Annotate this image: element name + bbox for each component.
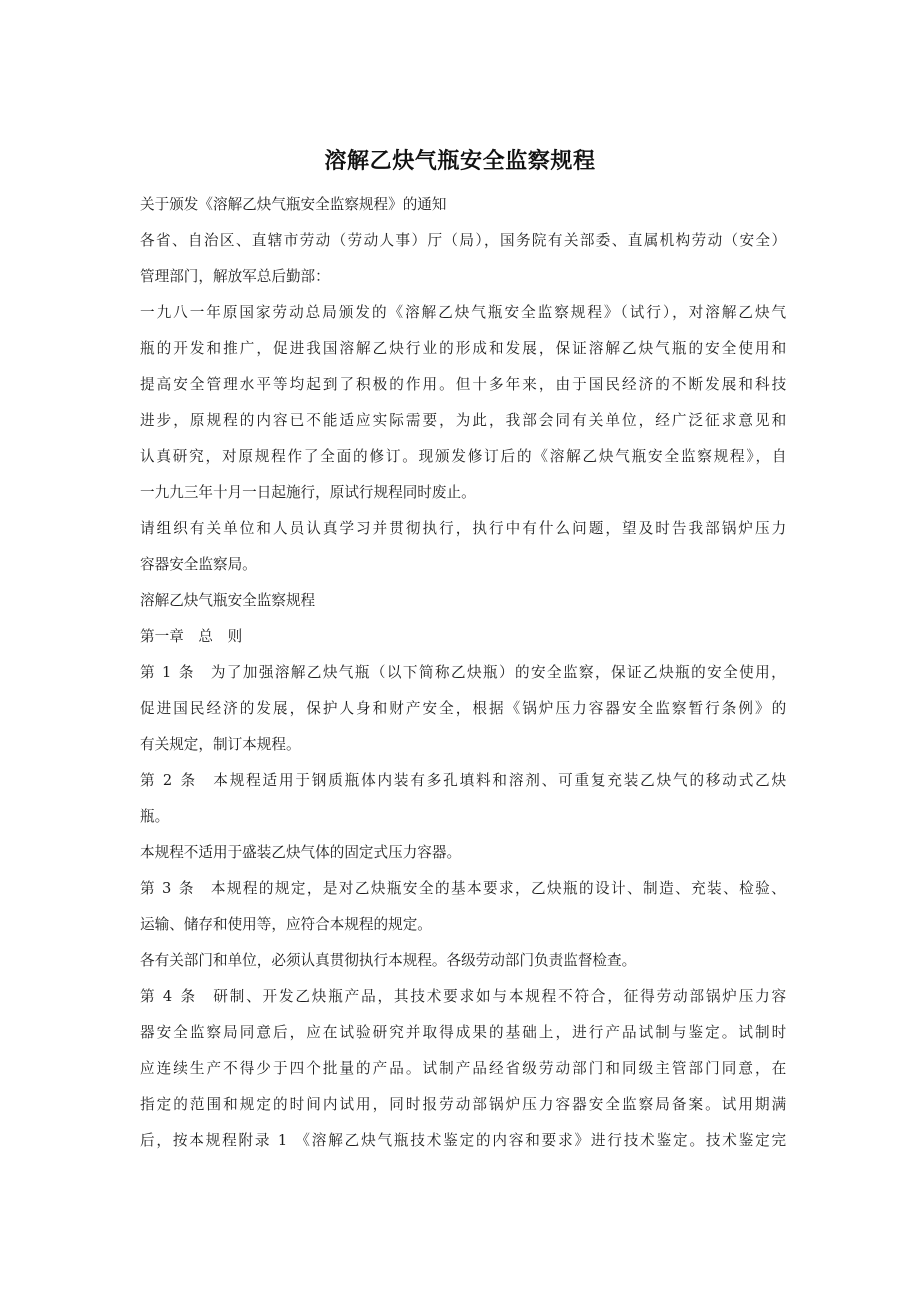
article-4-line: 后，按本规程附录 1 《溶解乙炔气瓶技术鉴定的内容和要求》进行技术鉴定。技术鉴定… [140, 1123, 786, 1159]
paragraph-line: 各省、自治区、直辖市劳动（劳动人事）厅（局），国务院有关部委、直属机构劳动（安全… [140, 223, 786, 259]
paragraph-line: 一九九三年十月一日起施行，原试行规程同时废止。 [140, 475, 786, 511]
document-page: 溶解乙炔气瓶安全监察规程 关于颁发《溶解乙炔气瓶安全监察规程》的通知 各省、自治… [0, 0, 920, 1302]
paragraph-line: 提高安全管理水平等均起到了积极的作用。但十多年来，由于国民经济的不断发展和科技 [140, 367, 786, 403]
paragraph-line: 进步，原规程的内容已不能适应实际需要，为此，我部会同有关单位，经广泛征求意见和 [140, 403, 786, 439]
document-body: 关于颁发《溶解乙炔气瓶安全监察规程》的通知 各省、自治区、直辖市劳动（劳动人事）… [140, 187, 786, 1159]
paragraph-line: 请组织有关单位和人员认真学习并贯彻执行，执行中有什么问题，望及时告我部锅炉压力 [140, 511, 786, 547]
chapter-heading: 第一章 总 则 [140, 619, 786, 655]
article-3-line: 运输、储存和使用等，应符合本规程的规定。 [140, 907, 786, 943]
article-1-line: 第 1 条 为了加强溶解乙炔气瓶（以下简称乙炔瓶）的安全监察，保证乙炔瓶的安全使… [140, 655, 786, 691]
article-4-line: 第 4 条 研制、开发乙炔瓶产品，其技术要求如与本规程不符合，征得劳动部锅炉压力… [140, 979, 786, 1015]
article-1-line: 有关规定，制订本规程。 [140, 727, 786, 763]
notice-heading: 关于颁发《溶解乙炔气瓶安全监察规程》的通知 [140, 187, 786, 223]
article-3-line: 第 3 条 本规程的规定，是对乙炔瓶安全的基本要求，乙炔瓶的设计、制造、充装、检… [140, 871, 786, 907]
article-4-line: 应连续生产不得少于四个批量的产品。试制产品经省级劳动部门和同级主管部门同意，在 [140, 1051, 786, 1087]
article-3-line: 各有关部门和单位，必须认真贯彻执行本规程。各级劳动部门负责监督检查。 [140, 943, 786, 979]
paragraph-line: 一九八一年原国家劳动总局颁发的《溶解乙炔气瓶安全监察规程》（试行），对溶解乙炔气 [140, 295, 786, 331]
article-1-line: 促进国民经济的发展，保护人身和财产安全，根据《锅炉压力容器安全监察暂行条例》的 [140, 691, 786, 727]
paragraph-line: 认真研究，对原规程作了全面的修订。现颁发修订后的《溶解乙炔气瓶安全监察规程》，自 [140, 439, 786, 475]
article-2-line: 瓶。 [140, 799, 786, 835]
paragraph-line: 管理部门，解放军总后勤部： [140, 259, 786, 295]
article-2-line: 第 2 条 本规程适用于钢质瓶体内装有多孔填料和溶剂、可重复充装乙炔气的移动式乙… [140, 763, 786, 799]
article-4-line: 指定的范围和规定的时间内试用，同时报劳动部锅炉压力容器安全监察局备案。试用期满 [140, 1087, 786, 1123]
regulation-subtitle: 溶解乙炔气瓶安全监察规程 [140, 583, 786, 619]
article-4-line: 器安全监察局同意后，应在试验研究并取得成果的基础上，进行产品试制与鉴定。试制时 [140, 1015, 786, 1051]
article-2-line: 本规程不适用于盛装乙炔气体的固定式压力容器。 [140, 835, 786, 871]
paragraph-line: 容器安全监察局。 [140, 547, 786, 583]
paragraph-line: 瓶的开发和推广，促进我国溶解乙炔行业的形成和发展，保证溶解乙炔气瓶的安全使用和 [140, 331, 786, 367]
document-title: 溶解乙炔气瓶安全监察规程 [0, 146, 920, 178]
